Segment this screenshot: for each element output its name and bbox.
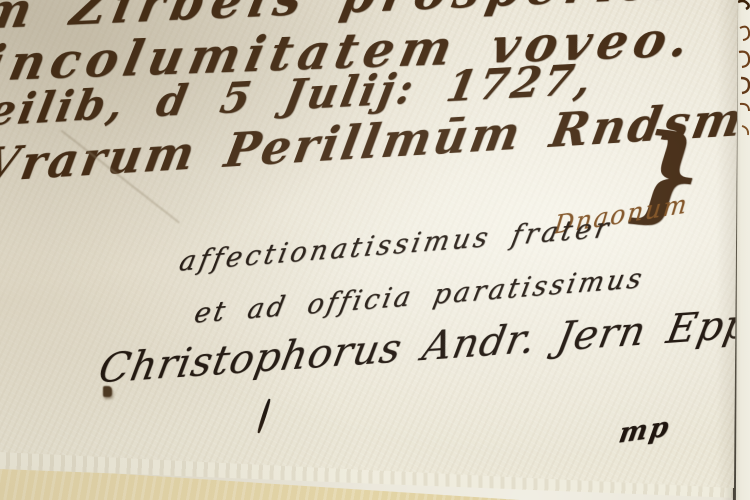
- ink-blot: [103, 386, 112, 397]
- adjacent-page-ink-marks: [736, 0, 750, 240]
- main-manuscript-sheet: m Zirbeis prosperitatem incolumitatem vo…: [0, 0, 750, 500]
- notary-mark-manu-propria: mp: [616, 411, 673, 450]
- handwriting-line-7-signature: Christophorus Andr. Jern Eppus: [95, 297, 750, 393]
- manuscript-photo: m Zirbeis prosperitatem incolumitatem vo…: [0, 0, 750, 500]
- stray-pen-stroke: [257, 398, 272, 433]
- handwriting-line-5-valediction: affectionatissimus frater: [177, 212, 615, 278]
